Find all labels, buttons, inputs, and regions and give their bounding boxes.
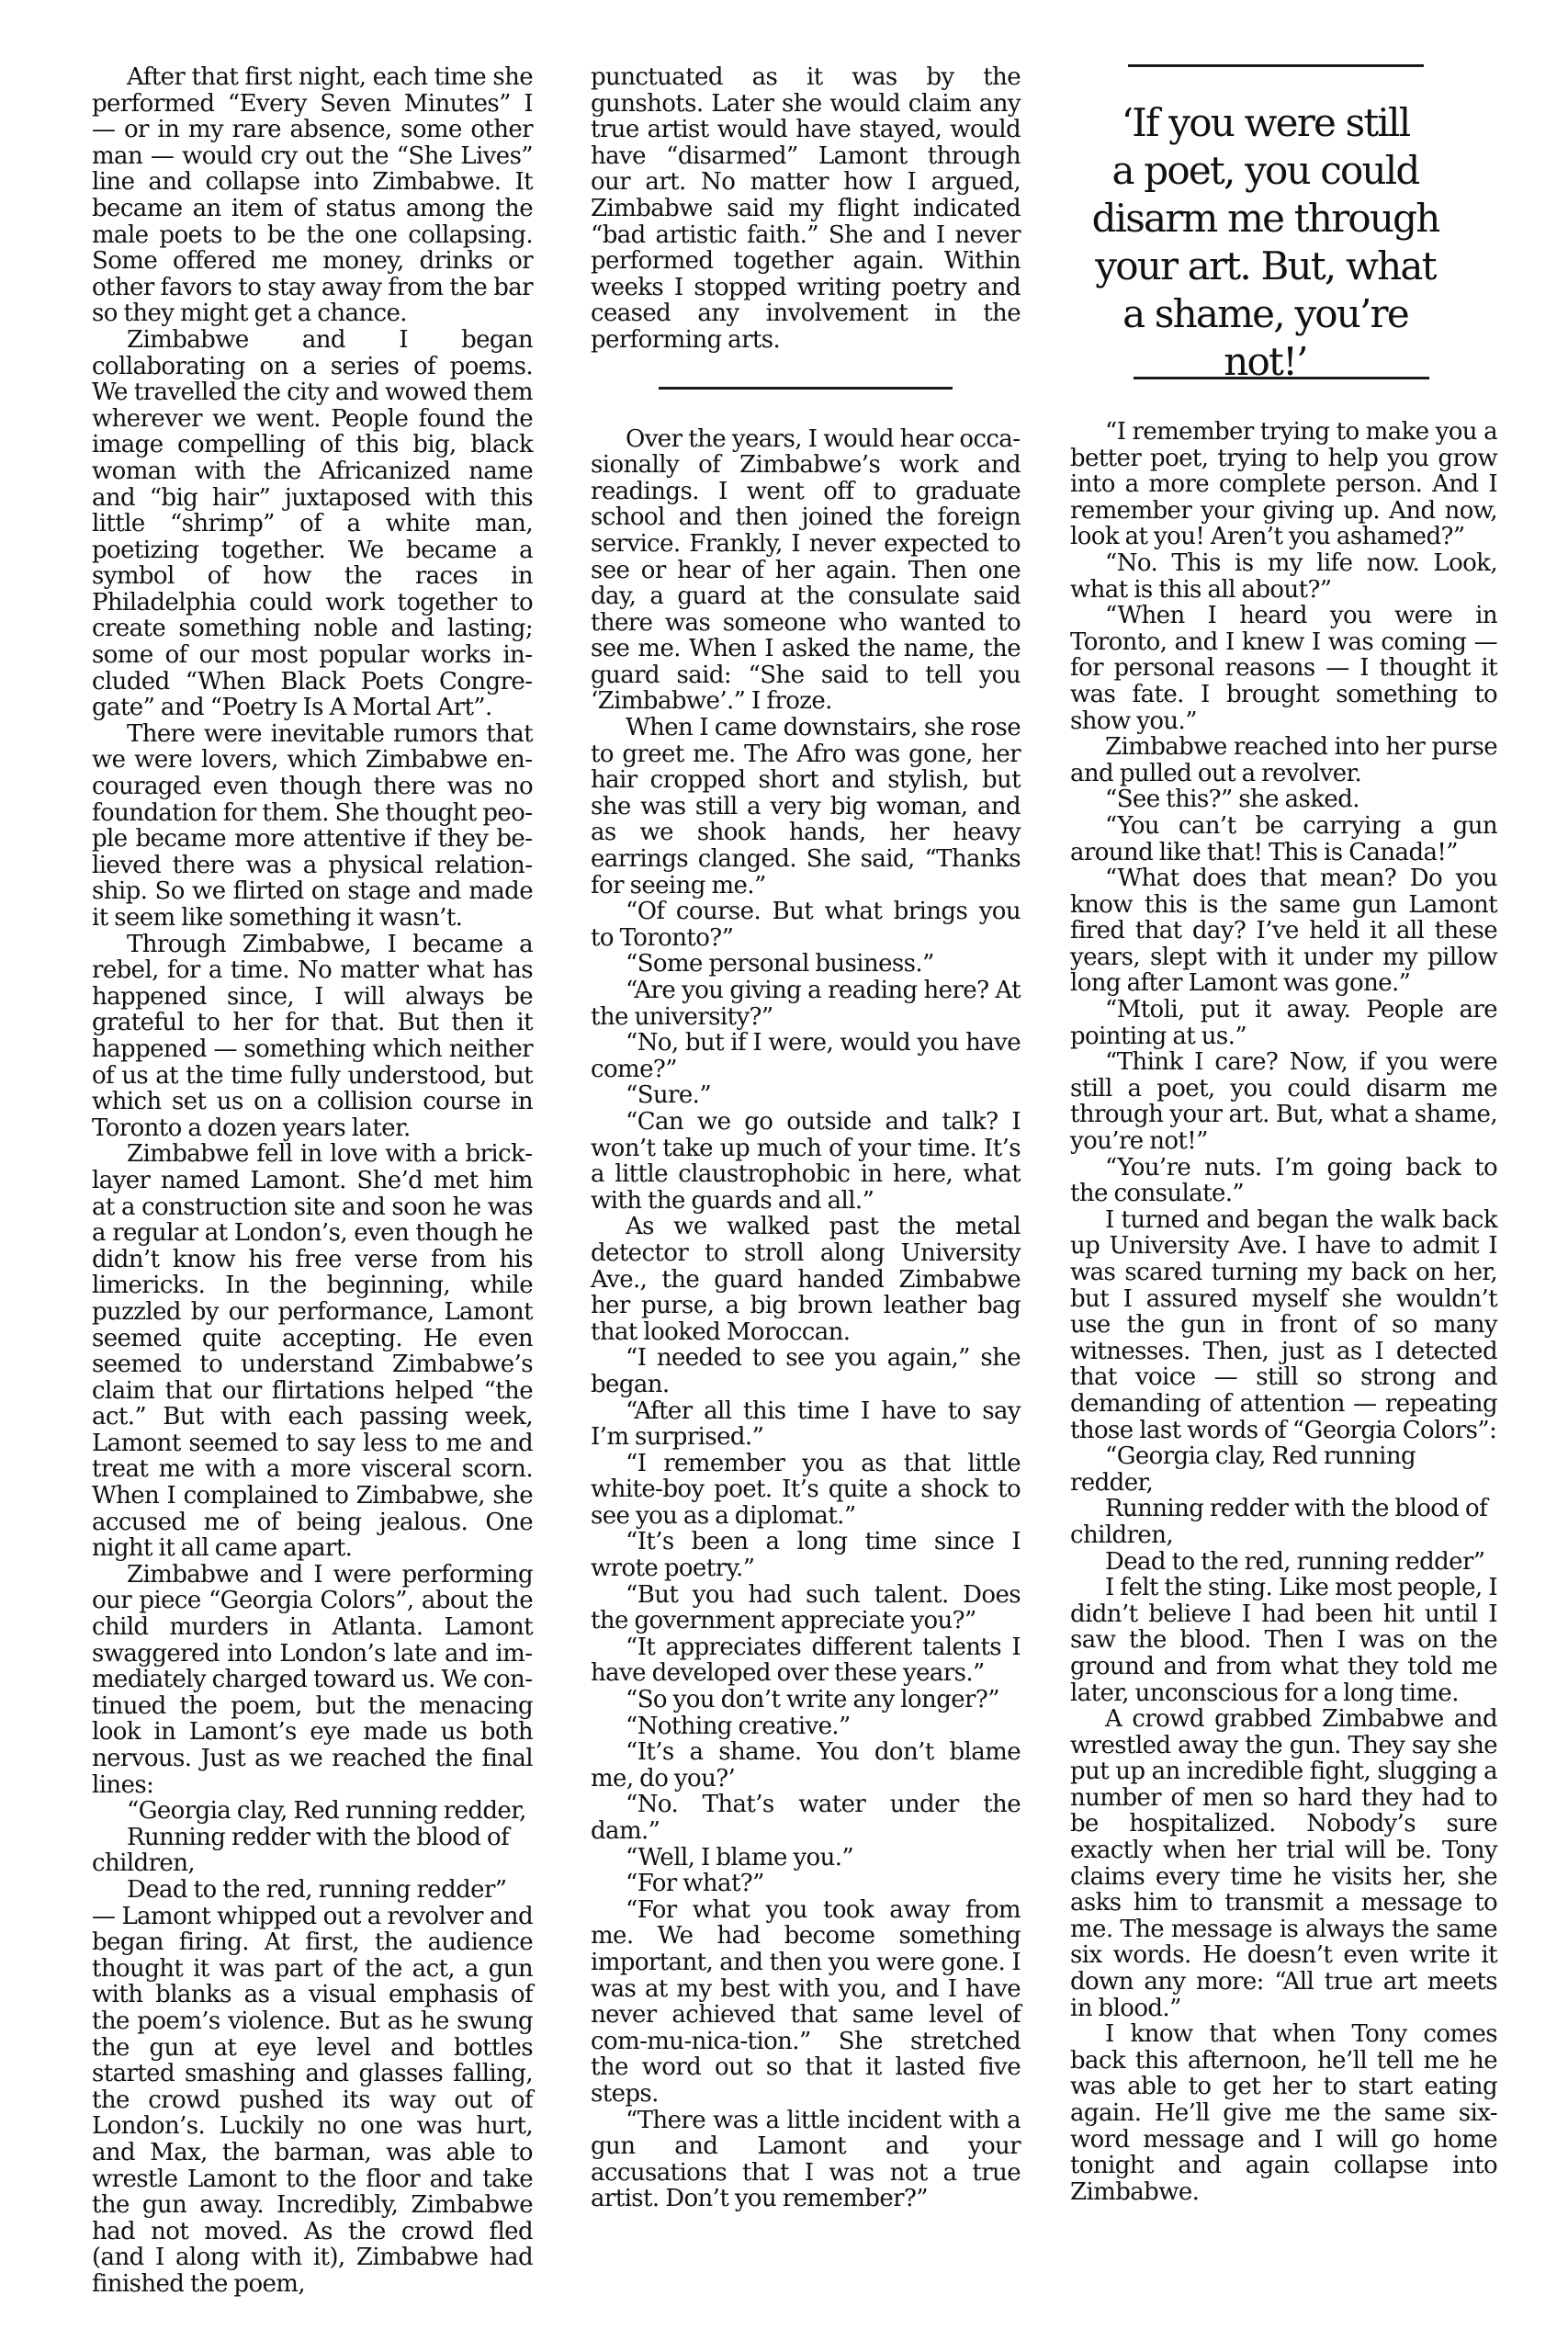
paragraph: “You can’t be carrying a gun around like…: [1070, 813, 1497, 865]
pull-quote-bottom-rule: [1134, 377, 1429, 379]
paragraph: “There was a little incident with a gun …: [591, 2108, 1021, 2212]
paragraph: “For what?”: [591, 1871, 1021, 1897]
poem-line: Dead to the red, running redder”: [92, 1877, 533, 1904]
paragraph: “After all this time I have to say I’m s…: [591, 1398, 1021, 1451]
paragraph: “No. That’s water under the dam.”: [591, 1792, 1021, 1844]
pull-quote: ‘If you were still a poet, you could dis…: [1084, 99, 1447, 386]
paragraph: “Of course. But what brings you to Toron…: [591, 899, 1021, 951]
paragraph: “Well, I blame you.”: [591, 1845, 1021, 1871]
pull-quote-line: ‘If you were still: [1084, 99, 1447, 147]
pull-quote-line: a poet, you could: [1084, 147, 1447, 195]
paragraph: I know that when Tony comes back this af…: [1070, 2021, 1497, 2205]
paragraph: Zimbabwe and I were performing our piece…: [92, 1562, 533, 1798]
paragraph: punctuated as it was by the gunshots. La…: [591, 64, 1021, 354]
paragraph: “I remember trying to make you a better …: [1070, 419, 1497, 550]
paragraph: I turned and began the walk back up Univ…: [1070, 1207, 1497, 1443]
paragraph: “Can we go outside and talk? I won’t tak…: [591, 1109, 1021, 1214]
poem-line: Running redder with the blood of childre…: [92, 1825, 533, 1877]
pull-quote-line: a shame, you’re not!’: [1084, 290, 1447, 386]
poem-line: Dead to the red, running redder”: [1070, 1549, 1497, 1576]
pull-quote-line: disarm me through: [1084, 195, 1447, 243]
pull-quote-top-rule: [1128, 64, 1424, 67]
paragraph: “For what you took away from me. We had …: [591, 1897, 1021, 2108]
paragraph: “I remember you as that little white-boy…: [591, 1451, 1021, 1530]
paragraph: “It appreciates different talents I have…: [591, 1634, 1021, 1687]
poem-line: “Georgia clay, Red running redder,: [1070, 1443, 1497, 1496]
paragraph: “Nothing creative.”: [591, 1713, 1021, 1740]
paragraph: Through Zimbabwe, I became a reb­el, for…: [92, 932, 533, 1142]
paragraph: Zimbabwe fell in love with a brick­layer…: [92, 1141, 533, 1562]
paragraph: “What does that mean? Do you know this i…: [1070, 865, 1497, 997]
paragraph: “Are you giving a reading here? At the u…: [591, 978, 1021, 1030]
paragraph: “I needed to see you again,” she be­gan.: [591, 1345, 1021, 1397]
paragraph: I felt the sting. Like most people, I di…: [1070, 1575, 1497, 1706]
paragraph: “It’s been a long time since I wrote poe…: [591, 1529, 1021, 1581]
paragraph: Zimbabwe reached into her purse and pull…: [1070, 734, 1497, 786]
paragraph: “Think I care? Now, if you were still a …: [1070, 1049, 1497, 1154]
paragraph: After that first night, each time she pe…: [92, 64, 533, 327]
paragraph: “It’s a shame. You don’t blame me, do yo…: [591, 1739, 1021, 1792]
paragraph: — Lamont whipped out a revolver and bega…: [92, 1904, 533, 2298]
article-column-1: After that first night, each time she pe…: [92, 64, 533, 2297]
paragraph: As we walked past the metal detector to …: [591, 1214, 1021, 1345]
paragraph: “You’re nuts. I’m going back to the cons…: [1070, 1155, 1497, 1207]
paragraph: “Sure.”: [591, 1082, 1021, 1109]
pull-quote-line: your art. But, what: [1084, 243, 1447, 290]
article-column-2: punctuated as it was by the gunshots. La…: [591, 64, 1021, 2212]
paragraph: “Some personal business.”: [591, 951, 1021, 978]
paragraph: “When I heard you were in Toronto, and I…: [1070, 603, 1497, 734]
paragraph: “But you had such talent. Does the gover…: [591, 1582, 1021, 1634]
paragraph: Zimbabwe and I began collaborating on a …: [92, 327, 533, 721]
poem-line: Running redder with the blood of childre…: [1070, 1496, 1497, 1548]
paragraph: “See this?” she asked.: [1070, 786, 1497, 813]
paragraph: “So you don’t write any longer?”: [591, 1687, 1021, 1713]
paragraph: “No. This is my life now. Look, what is …: [1070, 550, 1497, 603]
paragraph: A crowd grabbed Zimbabwe and wrestled aw…: [1070, 1706, 1497, 2021]
paragraph: There were inevitable rumors that we wer…: [92, 721, 533, 932]
paragraph: “No, but if I were, would you have come?…: [591, 1030, 1021, 1082]
article-column-3: “I remember trying to make you a better …: [1070, 419, 1497, 2205]
paragraph: When I came downstairs, she rose to gree…: [591, 715, 1021, 899]
paragraph: Over the years, I would hear occa­sional…: [591, 426, 1021, 716]
section-divider: [659, 387, 953, 390]
paragraph: “Mtoli, put it away. People are point­in…: [1070, 997, 1497, 1049]
poem-line: “Georgia clay, Red running redder,: [92, 1798, 533, 1825]
